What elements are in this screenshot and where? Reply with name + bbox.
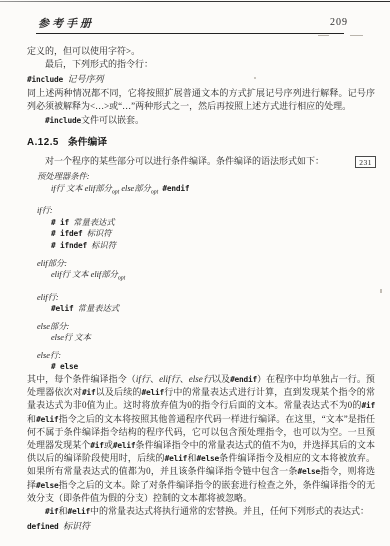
- text-run: 、: [180, 374, 189, 384]
- text-run: defined: [27, 522, 58, 531]
- paragraph-main: 其中，每个条件编译指令（if行、elif行、else行以及#endif）在程序中…: [27, 373, 375, 505]
- grammar-label: if行:: [37, 205, 375, 217]
- text-run: 记号序列: [67, 74, 103, 84]
- grammar-production: if行 文本 elif部分opt else部分opt #endif: [51, 183, 375, 199]
- text-run: if行 文本 elif部分: [51, 184, 112, 193]
- grammar-label: else行:: [37, 350, 375, 362]
- grammar-production: # else: [51, 361, 375, 373]
- code-line-include: #include 记号序列: [27, 72, 375, 87]
- text-run: # else: [51, 362, 78, 371]
- scan-artifact: [380, 289, 382, 293]
- section-title: 条件编译: [68, 137, 107, 148]
- text-run: #if: [82, 388, 95, 397]
- grammar-block: 预处理器条件: if行 文本 elif部分opt else部分opt #endi…: [27, 171, 375, 373]
- document-body: 定义的，但可以使用字符>。 最后，下列形式的指令行： #include 记号序列…: [27, 45, 375, 534]
- grammar-production: else行 文本: [51, 332, 375, 344]
- text-run: elif部分:: [37, 259, 67, 268]
- text-run: #else: [298, 467, 320, 476]
- text-run: # ifdef: [51, 229, 82, 238]
- text-run: 其中，每个条件编译指令（: [27, 374, 136, 384]
- text-run: else行 文本: [51, 333, 91, 342]
- grammar-label: else部分:: [37, 321, 375, 333]
- text-run: if行: [136, 374, 150, 384]
- text-run: 常量表达式: [78, 304, 120, 313]
- paragraph: 同上述两种情况都不同，它将按照扩展普通文本的方式扩展记号序列进行解释。记号序列必…: [27, 87, 375, 114]
- code-line-defined: defined 标识符: [27, 519, 375, 534]
- text-run: #endif: [162, 184, 189, 193]
- grammar-label: 预处理器条件:: [37, 171, 375, 183]
- text-run: elif行: [159, 374, 180, 384]
- page-number: 209: [330, 17, 348, 28]
- text-run: else行:: [37, 351, 61, 360]
- paragraph: #include文件可以嵌套。: [27, 114, 375, 127]
- paragraph: 最后，下列形式的指令行：: [27, 58, 375, 71]
- text-run: 标识符: [87, 229, 112, 238]
- paragraph: #if和#elif中的常量表达式将执行通常的宏替换。并且，任何下列形式的表达式：: [27, 505, 375, 518]
- text-run: 预处理器条件:: [37, 172, 90, 181]
- running-head-title: 参考手册: [38, 15, 94, 31]
- text-run: 以及: [212, 374, 230, 384]
- scanned-manual-page: 参考手册 209 定义的，但可以使用字符>。 最后，下列形式的指令行： #inc…: [0, 0, 390, 546]
- text-run: 对一个程序的某些部分可以进行条件编译。条件编译的语法形式如下：: [45, 156, 324, 166]
- margin-reference-box: 231: [355, 156, 376, 169]
- grammar-production: # ifndef 标识符: [51, 240, 375, 252]
- grammar-production: # ifdef 标识符: [51, 228, 375, 240]
- grammar-production: elif行 文本 elif部分opt: [51, 269, 375, 285]
- grammar-production: #elif 常量表达式: [51, 303, 375, 315]
- paragraph-continuation: 定义的，但可以使用字符>。: [27, 45, 375, 58]
- text-run: 指令之后的文本。除了对条件编译指令的嵌套进行检查之外，条件编译指令的无效分支（即…: [27, 480, 375, 503]
- text-run: 或: [104, 440, 113, 450]
- text-run: 和: [58, 506, 67, 516]
- text-run: #elif: [51, 304, 73, 313]
- scan-edge-line: [0, 1, 390, 2]
- text-run: elif行 文本 elif部分: [51, 270, 118, 279]
- text-run: #if: [45, 507, 58, 516]
- text-run: 以及后续的: [96, 387, 142, 397]
- text-run: #endif: [230, 375, 257, 384]
- text-run: #else: [197, 454, 219, 463]
- text-run: else部分:: [37, 322, 69, 331]
- text-run: # ifndef: [51, 241, 87, 250]
- text-run: 最后，下列形式的指令行：: [45, 59, 153, 69]
- text-run: #elif: [36, 415, 58, 424]
- text-run: #elif: [113, 441, 135, 450]
- text-run: #include: [45, 116, 81, 125]
- paragraph: 对一个程序的某些部分可以进行条件编译。条件编译的语法形式如下：: [27, 155, 375, 168]
- text-run: #elif: [165, 454, 187, 463]
- text-run: #elif: [142, 388, 164, 397]
- text-run: else行: [189, 374, 212, 384]
- paragraph-with-margin-ref: 对一个程序的某些部分可以进行条件编译。条件编译的语法形式如下： 231: [27, 155, 375, 168]
- text-run: #elif: [68, 507, 90, 516]
- grammar-label: elif行:: [37, 292, 375, 304]
- text-run: 同上述两种情况都不同，它将按照扩展普通文本的方式扩展记号序列进行解释。记号序列必…: [27, 88, 375, 111]
- text-run: opt: [118, 276, 125, 282]
- section-number: A.12.5: [27, 137, 59, 148]
- scan-artifact: [318, 35, 329, 36]
- text-run: 文件可以嵌套。: [81, 115, 144, 125]
- text-run: 定义的，但可以使用字符>。: [27, 46, 140, 56]
- text-run: 常量表达式: [73, 218, 115, 227]
- text-run: 和: [27, 414, 36, 424]
- text-run: #if: [362, 401, 375, 410]
- text-run: #include: [27, 75, 63, 84]
- text-run: else部分: [119, 184, 151, 193]
- text-run: 和: [187, 453, 196, 463]
- text-run: if行:: [37, 206, 53, 215]
- grammar-label: elif部分:: [37, 258, 375, 270]
- scan-artifact: [350, 35, 363, 36]
- text-run: # if: [51, 218, 69, 227]
- text-run: #else: [36, 481, 58, 490]
- text-run: elif行:: [37, 293, 59, 302]
- text-run: 中的常量表达式将执行通常的宏替换。并且，任何下列形式的表达式：: [90, 506, 369, 516]
- grammar-production: # if 常量表达式: [51, 217, 375, 229]
- text-run: #if: [90, 441, 103, 450]
- section-heading: A.12.5条件编译: [27, 136, 375, 149]
- text-run: 标识符: [63, 521, 90, 531]
- text-run: 标识符: [91, 241, 116, 250]
- header-rule: [36, 33, 344, 34]
- text-run: 、: [150, 374, 159, 384]
